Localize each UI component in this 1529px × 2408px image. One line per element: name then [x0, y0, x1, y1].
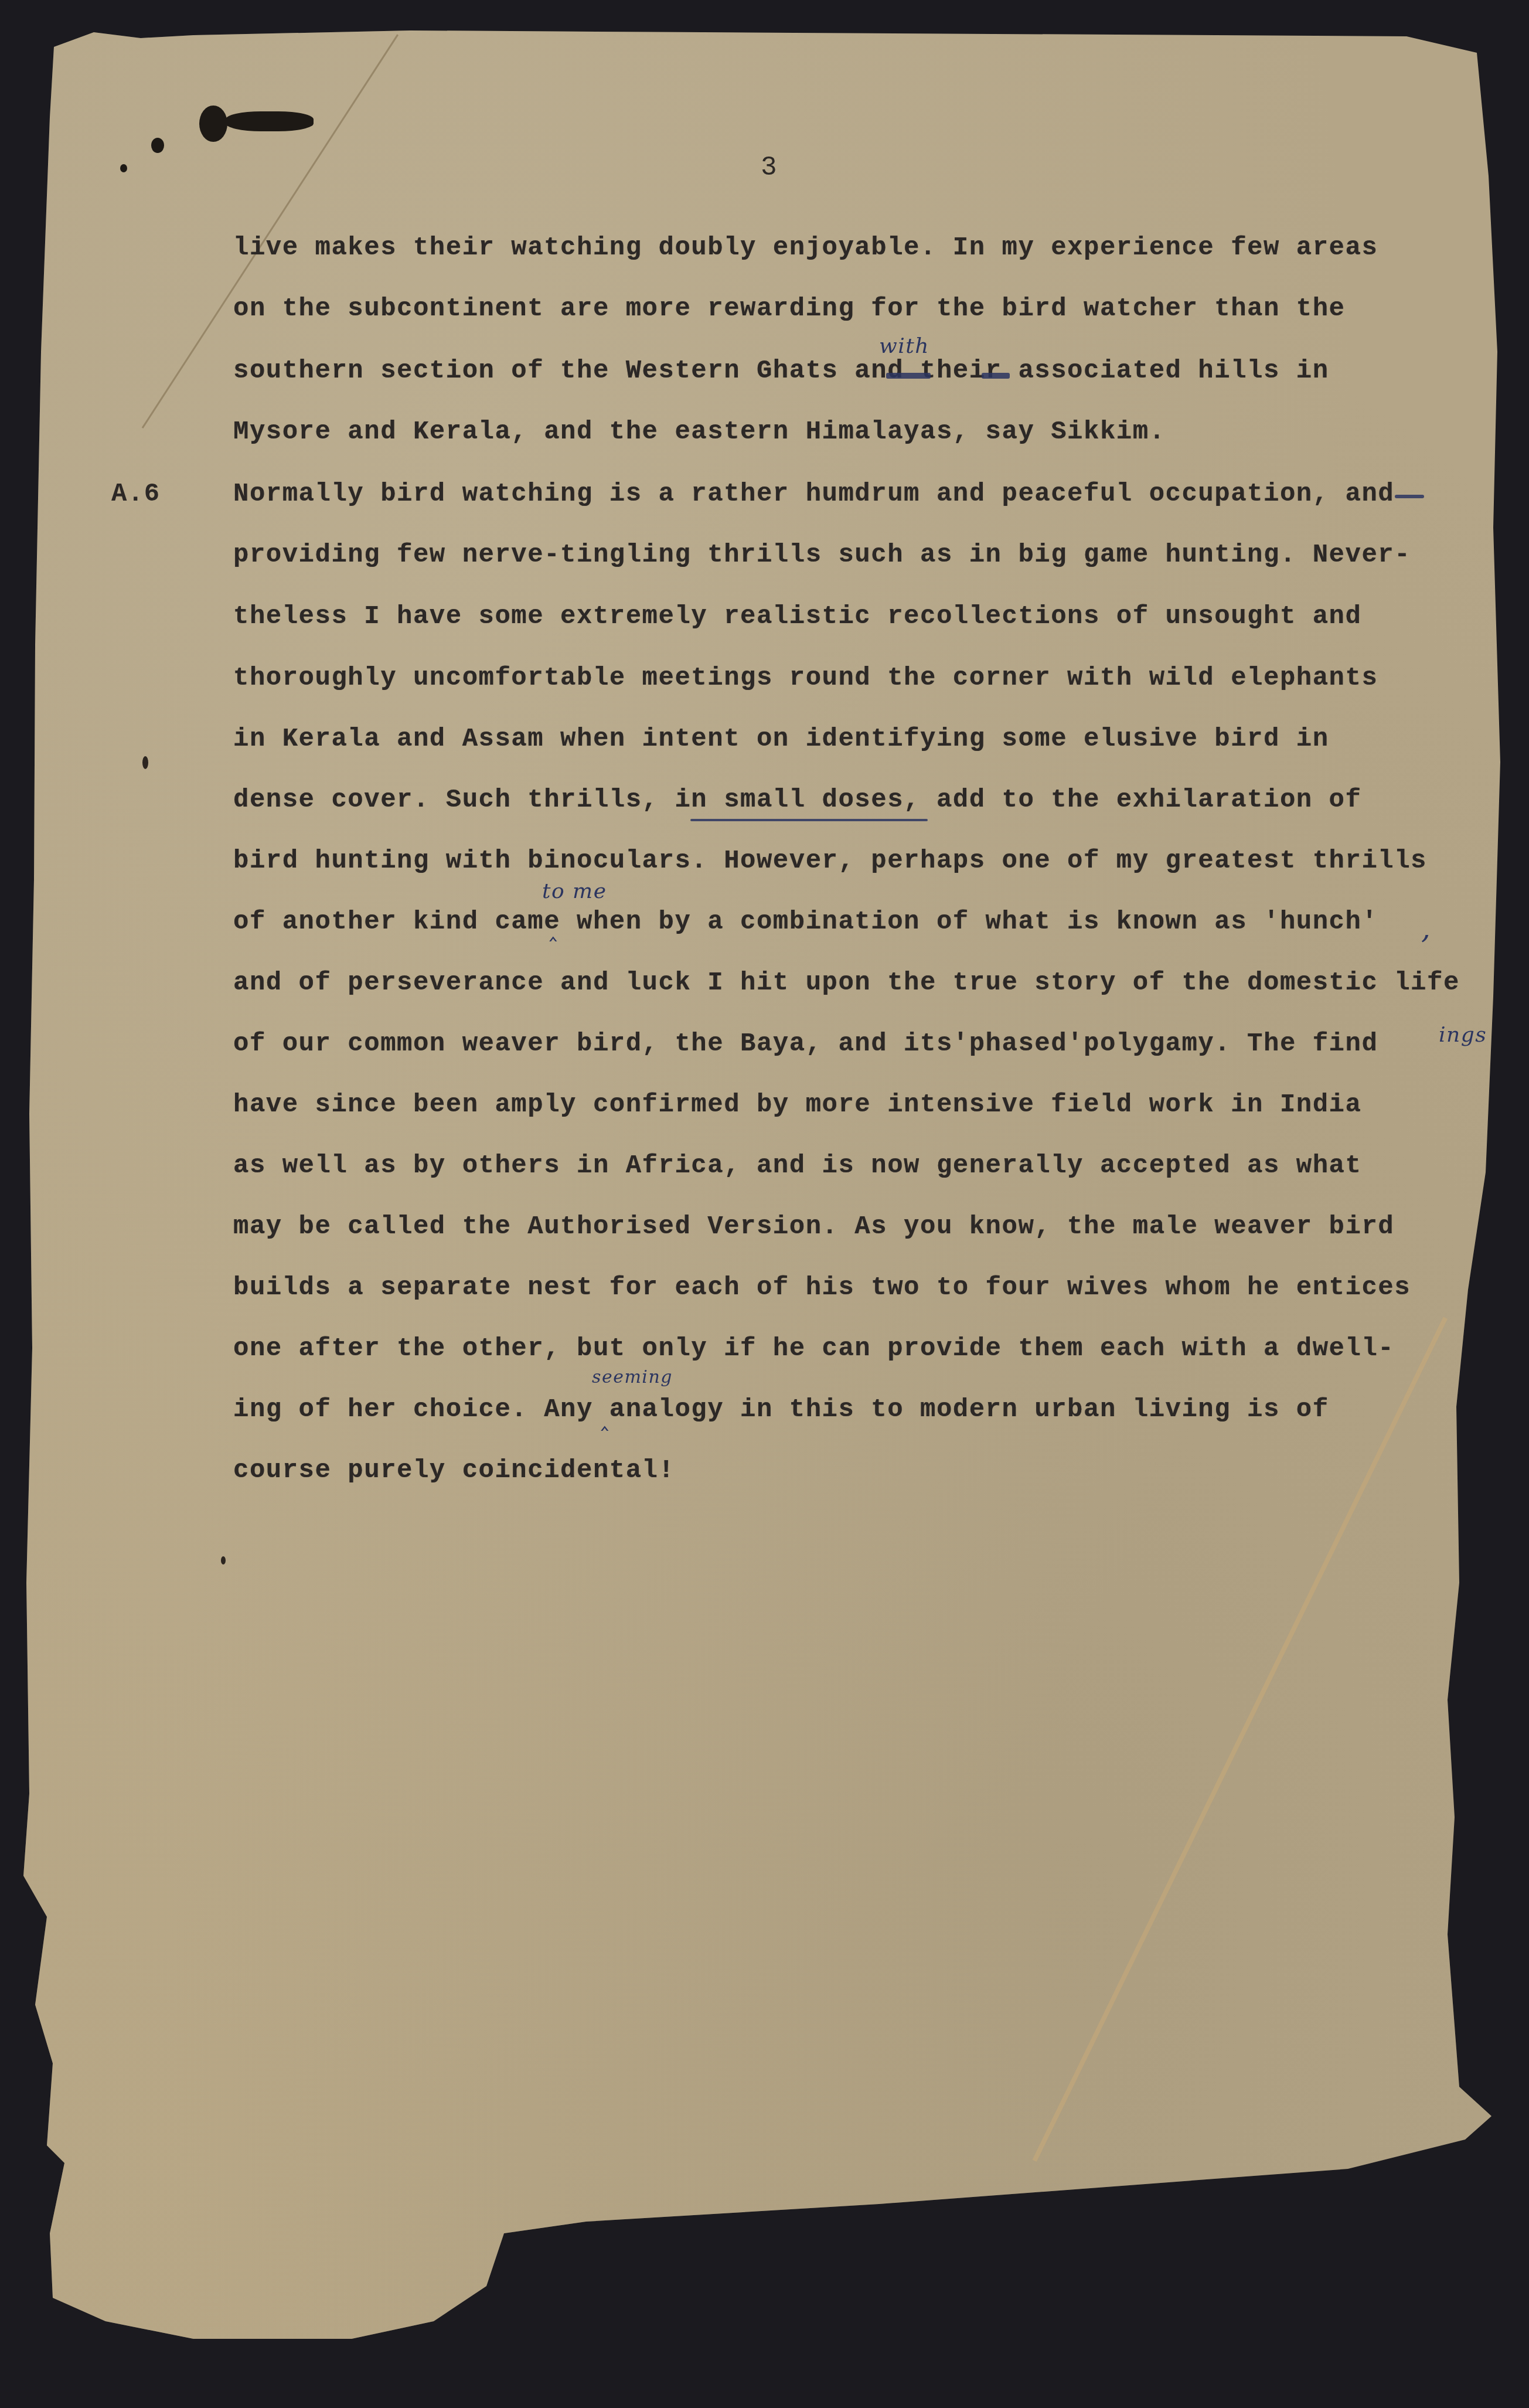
typed-document: 3 live makes their watching doubly enjoy…: [0, 0, 1529, 2408]
handwritten-underline: [690, 819, 928, 821]
text-line: southern section of the Western Ghats an…: [233, 356, 1329, 386]
text-line: one after the other, but only if he can …: [233, 1334, 1394, 1363]
page-number: 3: [761, 152, 778, 183]
text-line: builds a separate nest for each of his t…: [233, 1273, 1411, 1302]
text-line: live makes their watching doubly enjoyab…: [233, 233, 1378, 263]
text-line: course purely coincidental!: [233, 1456, 675, 1485]
text-line: providing few nerve-tingling thrills suc…: [233, 540, 1411, 570]
text-line: dense cover. Such thrills, in small dose…: [233, 785, 1361, 815]
text-line: of another kind came when by a combinati…: [233, 907, 1378, 937]
text-line: may be called the Authorised Version. As…: [233, 1212, 1394, 1242]
text-line: Mysore and Kerala, and the eastern Himal…: [233, 417, 1166, 447]
strikethrough-and: [886, 373, 931, 379]
paragraph-label: A.6: [111, 479, 161, 509]
margin-speck: [221, 1556, 226, 1564]
handwritten-insert-ings: ings: [1439, 1023, 1487, 1047]
insertion-caret: ‸: [601, 1404, 609, 1431]
text-line: Normally bird watching is a rather humdr…: [233, 479, 1394, 509]
strikethrough-and: [1395, 495, 1424, 498]
handwritten-insert-seeming: seeming: [592, 1367, 673, 1387]
handwritten-insert-with: with: [879, 334, 929, 358]
text-line: of our common weaver bird, the Baya, and…: [233, 1029, 1378, 1059]
handwritten-comma: ,: [1421, 911, 1431, 945]
insertion-caret: ‸: [549, 914, 558, 941]
text-line: as well as by others in Africa, and is n…: [233, 1151, 1361, 1181]
text-line: theless I have some extremely realistic …: [233, 602, 1361, 631]
text-line: on the subcontinent are more rewarding f…: [233, 294, 1346, 324]
text-line: bird hunting with binoculars. However, p…: [233, 846, 1427, 876]
text-line: ing of her choice. Any analogy in this t…: [233, 1395, 1329, 1424]
text-line: have since been amply confirmed by more …: [233, 1090, 1361, 1120]
text-line: in Kerala and Assam when intent on ident…: [233, 725, 1329, 754]
margin-speck: [142, 756, 148, 769]
text-line: and of perseverance and luck I hit upon …: [233, 968, 1460, 998]
strikethrough-ir: [982, 373, 1010, 379]
handwritten-insert-to-me: to me: [542, 879, 607, 903]
text-line: thoroughly uncomfortable meetings round …: [233, 664, 1378, 693]
